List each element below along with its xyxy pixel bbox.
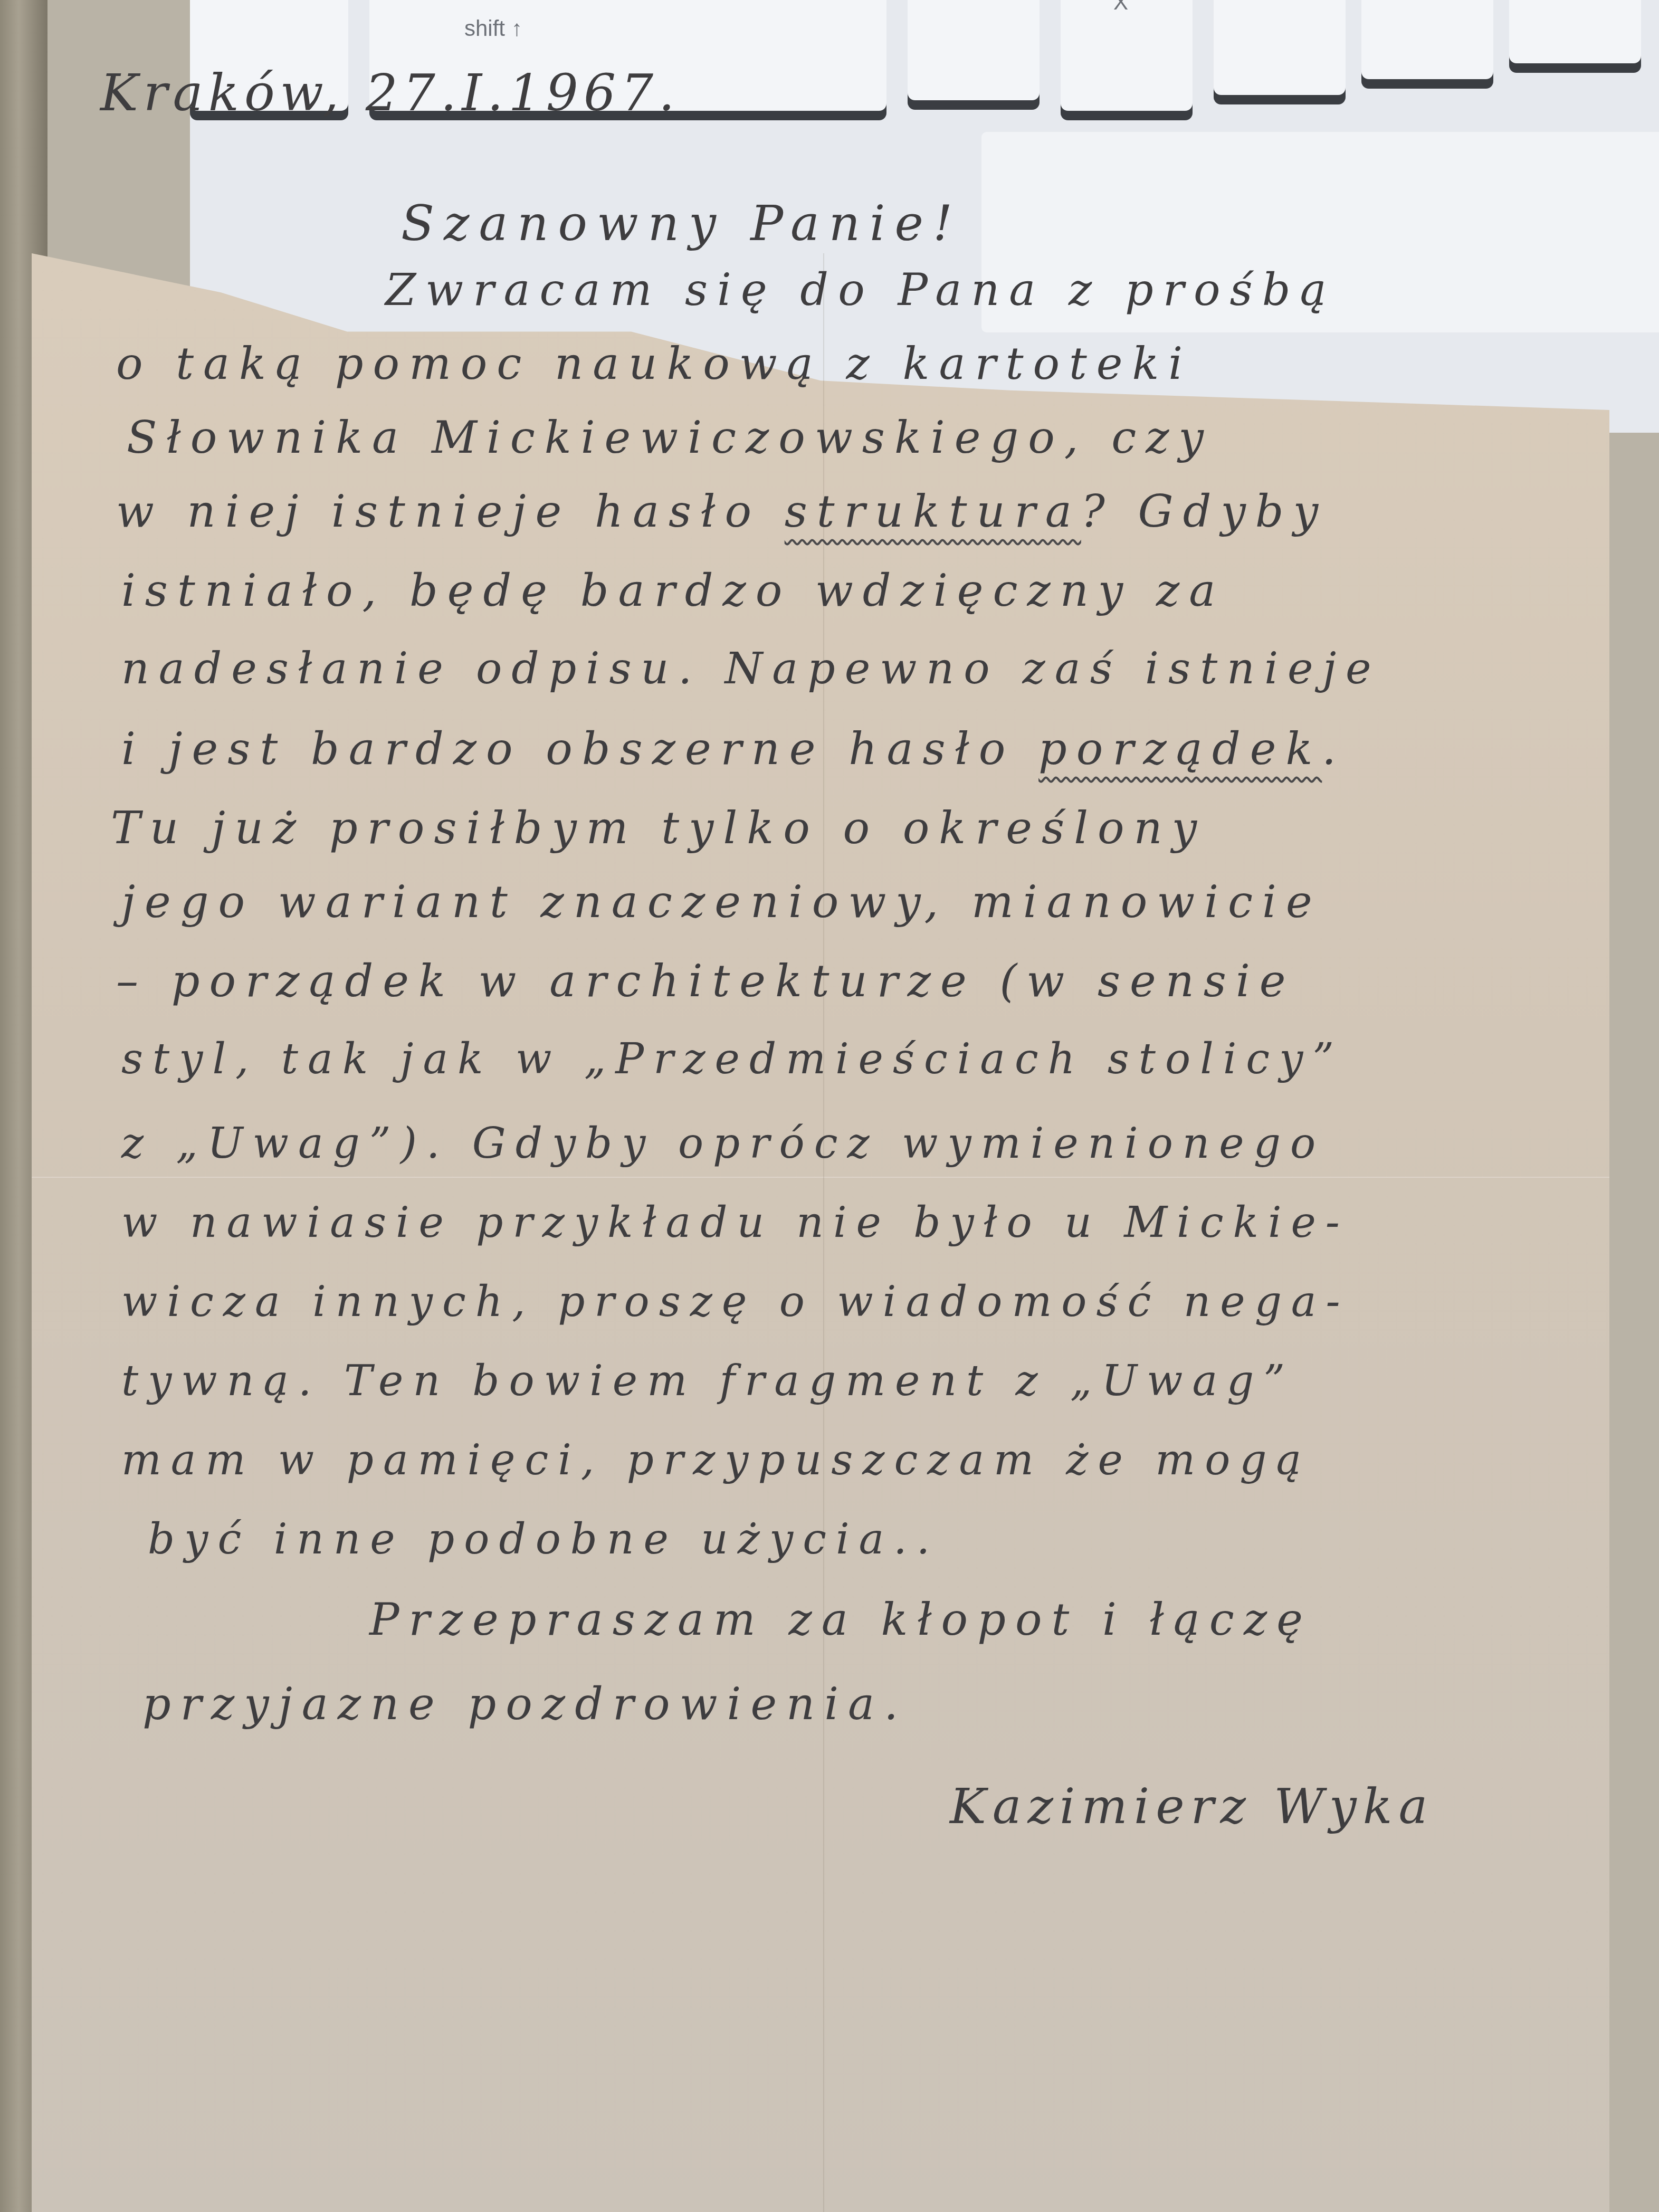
letter-date: Kraków, 27.I.1967. <box>100 63 680 122</box>
letter-line: mam w pamięci, przypuszczam że mogą <box>121 1435 1311 1484</box>
paper-fold-line <box>32 1177 1609 1178</box>
letter-line: Przepraszam za kłopot i łączę <box>369 1594 1312 1645</box>
letter-line: styl, tak jak w „Przedmieściach stolicy” <box>121 1034 1343 1083</box>
letter-line: tywną. Ten bowiem fragment z „Uwag” <box>121 1356 1294 1405</box>
letter-line: Tu już prosiłbym tylko o określony <box>111 802 1206 854</box>
letter-line: – porządek w architekturze (w sensie <box>116 955 1295 1007</box>
letter-signature: Kazimierz Wyka <box>950 1778 1434 1835</box>
letter-line: wicza innych, proszę o wiadomość nega- <box>121 1277 1350 1326</box>
letter-line: i jest bardzo obszerne hasło porządek. <box>121 723 1346 775</box>
keyboard-key <box>1361 0 1493 79</box>
letter-closing: przyjazne pozdrowienia. <box>142 1678 908 1730</box>
letter-line: w nawiasie przykładu nie było u Mickie- <box>121 1198 1349 1247</box>
shift-key-label: shift ↑ <box>464 16 522 41</box>
key-x: X <box>1061 0 1193 111</box>
letter-line: jego wariant znaczeniowy, mianowicie <box>121 876 1322 928</box>
letter-line: w niej istnieje hasło struktura? Gdyby <box>116 485 1328 537</box>
letter-line: z „Uwag”). Gdyby oprócz wymienionego <box>121 1119 1325 1168</box>
keyboard-key <box>1214 0 1346 95</box>
letter-salutation: Szanowny Panie! <box>401 195 962 252</box>
key-z: Z <box>908 0 1040 100</box>
letter-line: Zwracam się do Pana z prośbą <box>385 264 1336 316</box>
letter-line: nadesłanie odpisu. Napewno zaś istnieje <box>121 644 1381 694</box>
underlined-term-porzadek: porządek <box>1038 723 1322 775</box>
underlined-term-struktura: struktura <box>785 485 1081 537</box>
letter-line: o taką pomoc naukową z kartoteki <box>116 338 1192 389</box>
letter-line: Słownika Mickiewiczowskiego, czy <box>127 412 1213 463</box>
keyboard-key <box>1509 0 1641 63</box>
letter-line: być inne podobne użycia.. <box>148 1514 939 1563</box>
letter-line: istniało, będę bardzo wdzięczny za <box>121 565 1225 616</box>
